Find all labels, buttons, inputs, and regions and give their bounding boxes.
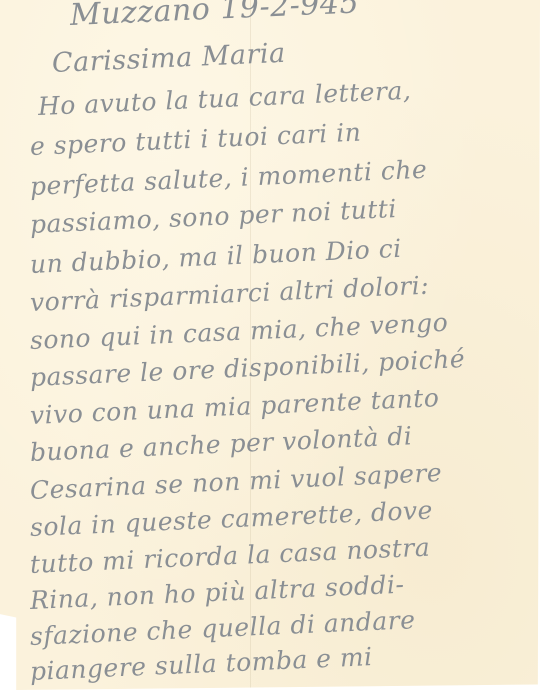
letter-line: vorrà risparmiarci altri dolori: (29, 271, 429, 317)
letter-line: perfetta salute, i momenti che (29, 155, 427, 201)
letter-line: passiamo, sono per noi tutti (29, 194, 397, 239)
place-date: Muzzano 19-2-945 (69, 0, 360, 33)
salutation: Carissima Maria (51, 38, 286, 79)
letter-line: Ho avuto la tua cara lettera, (37, 76, 411, 121)
letter-line: buona e anche per volontà di (29, 421, 413, 467)
letter-paper: Muzzano 19-2-945 Carissima Maria Ho avut… (0, 0, 540, 690)
letter-line: un dubbio, ma il buon Dio ci (29, 234, 402, 279)
letter-line: e spero tutti i tuoi cari in (29, 118, 361, 161)
